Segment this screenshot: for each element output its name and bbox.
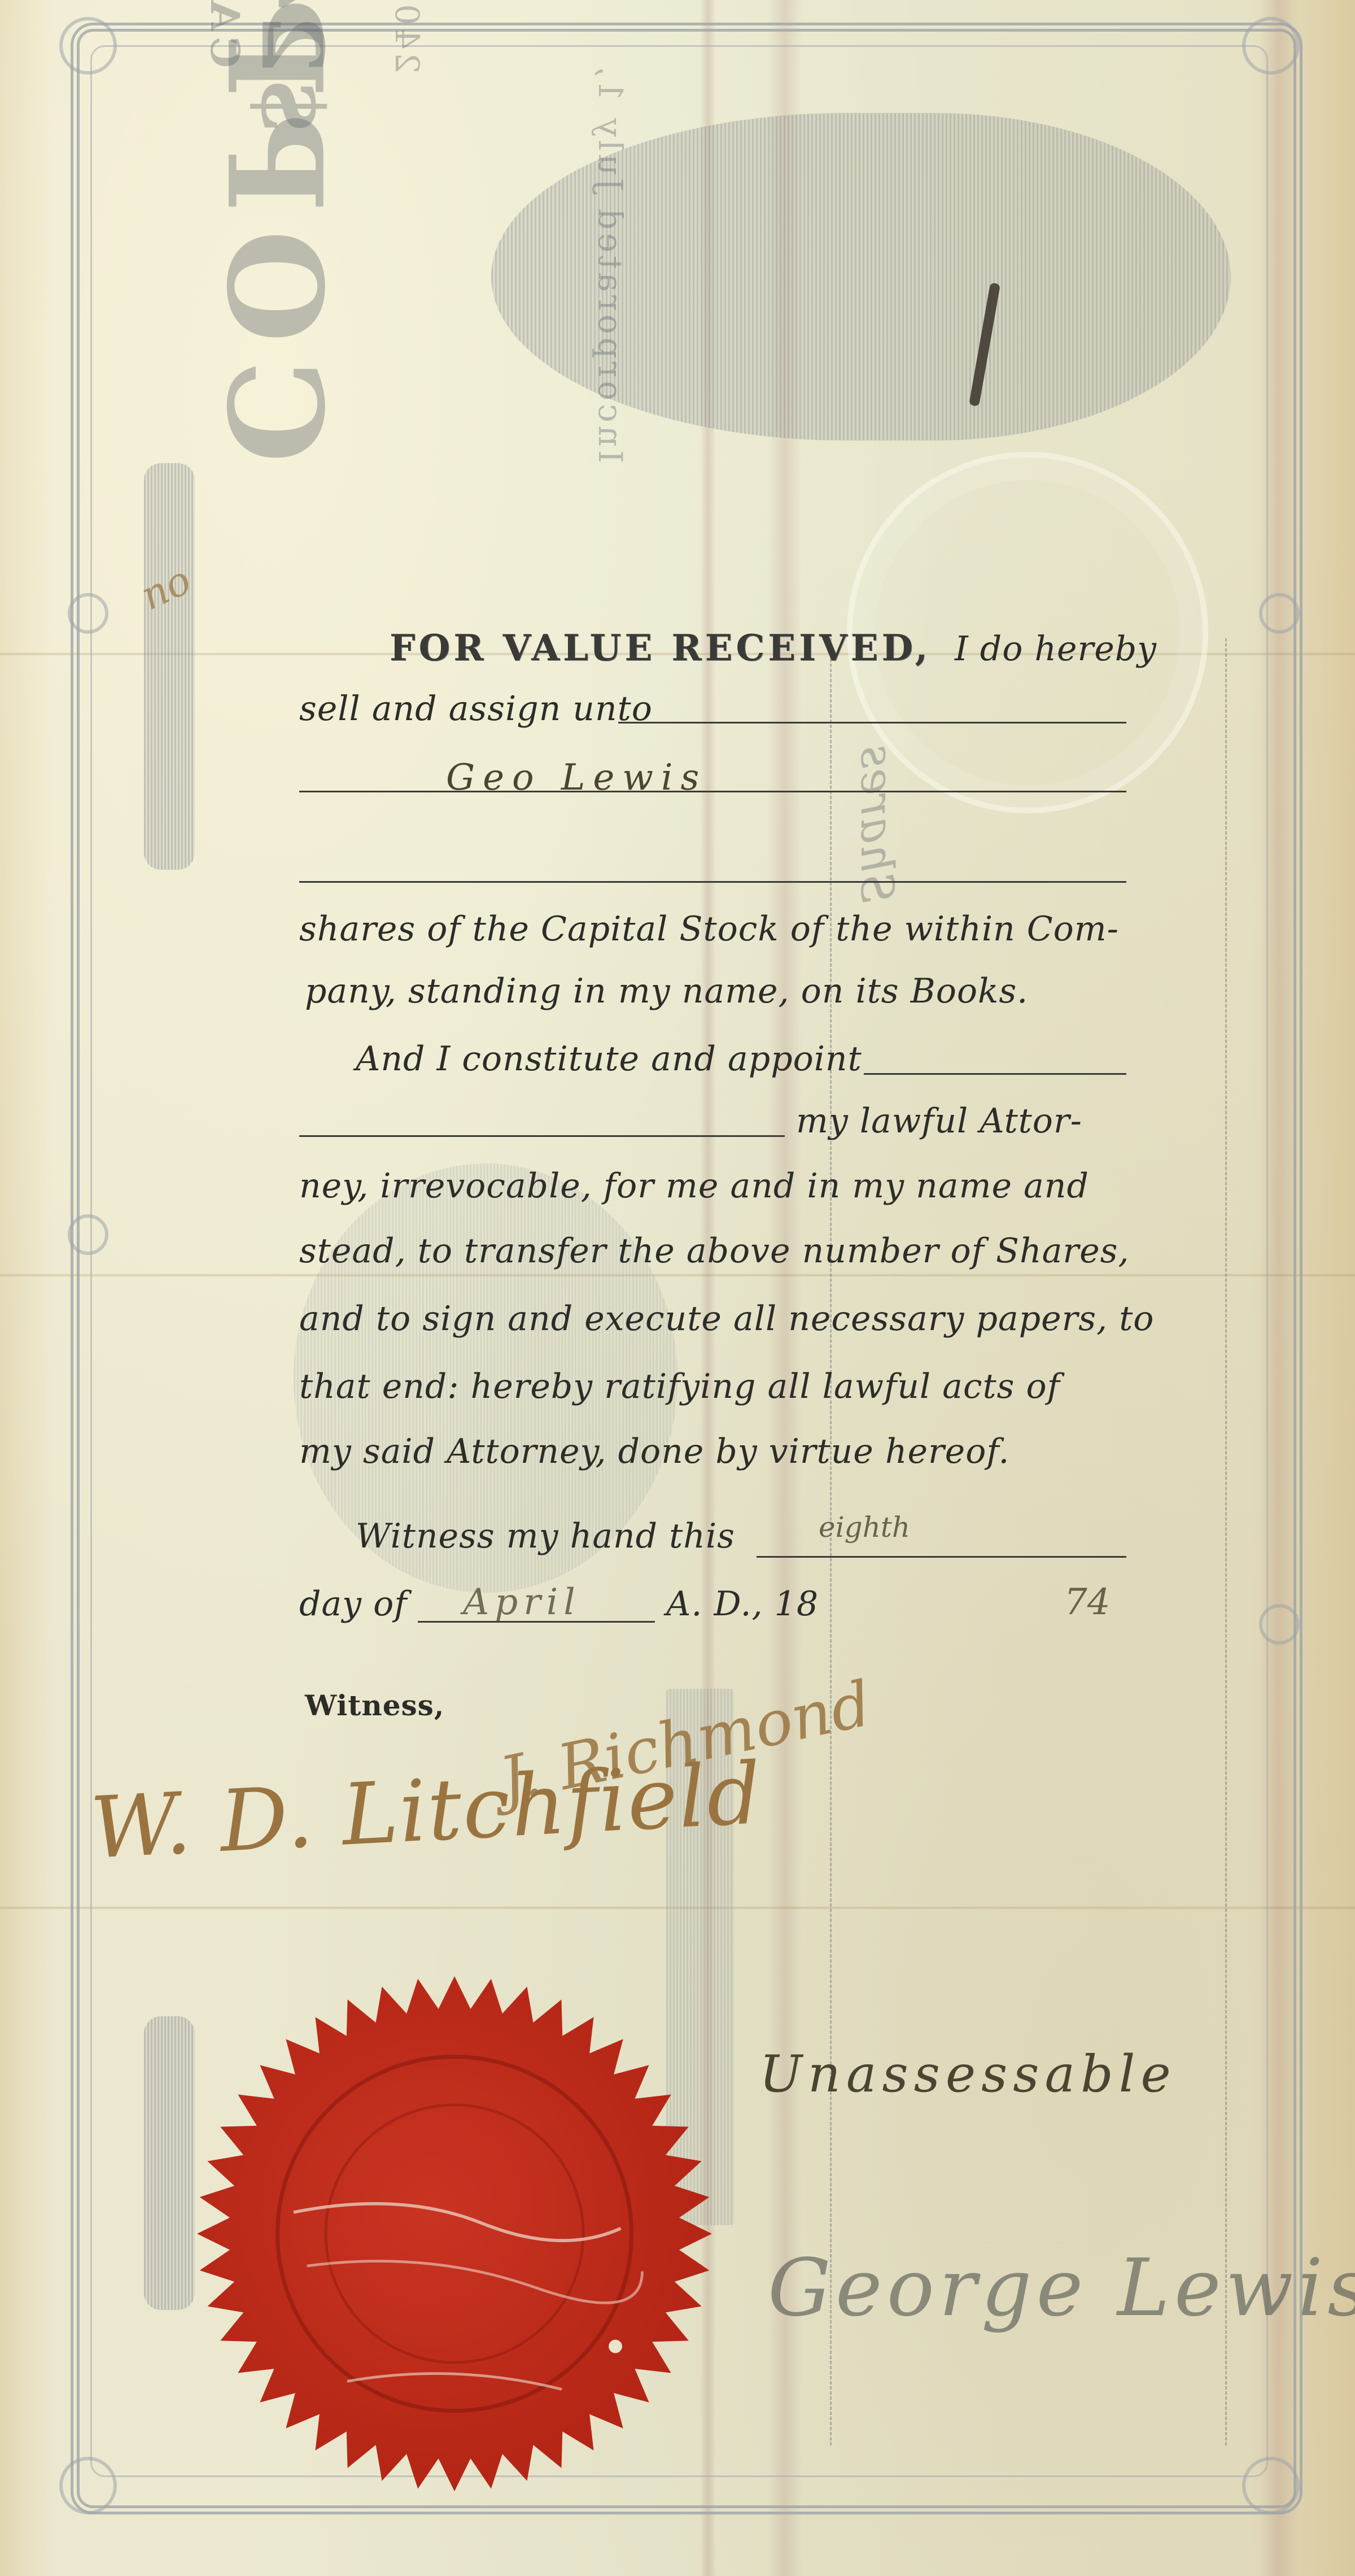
bleedthrough-script: Shares [851,745,903,904]
form-line-text: sell and assign unto [299,689,653,729]
witness-label: Witness, [305,1689,444,1722]
corner-ornament-icon [1242,17,1300,75]
form-line-text: Witness my hand this [356,1516,735,1556]
form-line-text: my said Attorney, done by virtue hereof. [299,1432,1009,1471]
handwritten-unassessable-note: Unassessable [759,2045,1177,2104]
bleedthrough-shares-note: 2400 Shares, $100 each. [388,0,426,73]
side-ornament-icon [68,1214,108,1255]
bleedthrough-incorporated: Incorporated July 1, [591,63,630,463]
seal-star-icon [186,1965,723,2502]
handwritten-day: eighth [819,1511,910,1544]
form-line-text: A. D., 18 [666,1584,819,1624]
document-paper: COPPER MINING CO. CAPITAL STOCK $240,000… [0,0,1355,2576]
form-heading: FOR VALUE RECEIVED, [390,627,931,669]
perforation-line [1225,638,1227,2446]
handwritten-year: 74 [1064,1581,1110,1623]
form-line-text: that end: hereby ratifying all lawful ac… [299,1367,1060,1406]
side-ornament-icon [68,593,108,634]
assignee-blank-line [299,791,1126,792]
side-ornament-icon [1259,1604,1300,1645]
form-line-text: ney, irrevocable, for me and in my name … [299,1166,1089,1206]
form-line-text: day of [299,1584,407,1624]
side-tab-engraving [144,463,195,870]
owner-signature: George Lewis [768,2242,1355,2334]
red-wafer-seal: COPPER MINING COMPANY [186,1965,723,2502]
form-line-text: and to sign and execute all necessary pa… [299,1299,1154,1339]
corner-ornament-icon [1242,2457,1300,2514]
assign-blank-line [618,722,1126,723]
corner-ornament-icon [59,2457,117,2514]
side-ornament-icon [1259,593,1300,634]
shares-blank-line [299,881,1126,883]
form-line-text: And I constitute and appoint [356,1039,862,1079]
form-line-text: I do hereby [955,629,1157,669]
handwritten-assignee: Geo Lewis [446,757,707,799]
attorney-blank-line [864,1073,1126,1075]
corner-ornament-icon [59,17,117,75]
bleedthrough-capital-label: CAPITAL STOCK [202,0,248,68]
form-line-text: my lawful Attor- [796,1101,1082,1141]
bleedthrough-capital-amount: $240,000. [242,0,342,136]
form-line-text: shares of the Capital Stock of the withi… [299,909,1119,949]
handwritten-month: April [463,1581,581,1623]
form-heading-row: FOR VALUE RECEIVED, I do hereby [390,627,1157,669]
form-line-text: pany, standing in my name, on its Books. [305,971,1028,1011]
attorney-name-blank-line [299,1135,785,1137]
day-blank-line [757,1556,1126,1558]
form-line-text: stead, to transfer the above number of S… [299,1231,1129,1271]
